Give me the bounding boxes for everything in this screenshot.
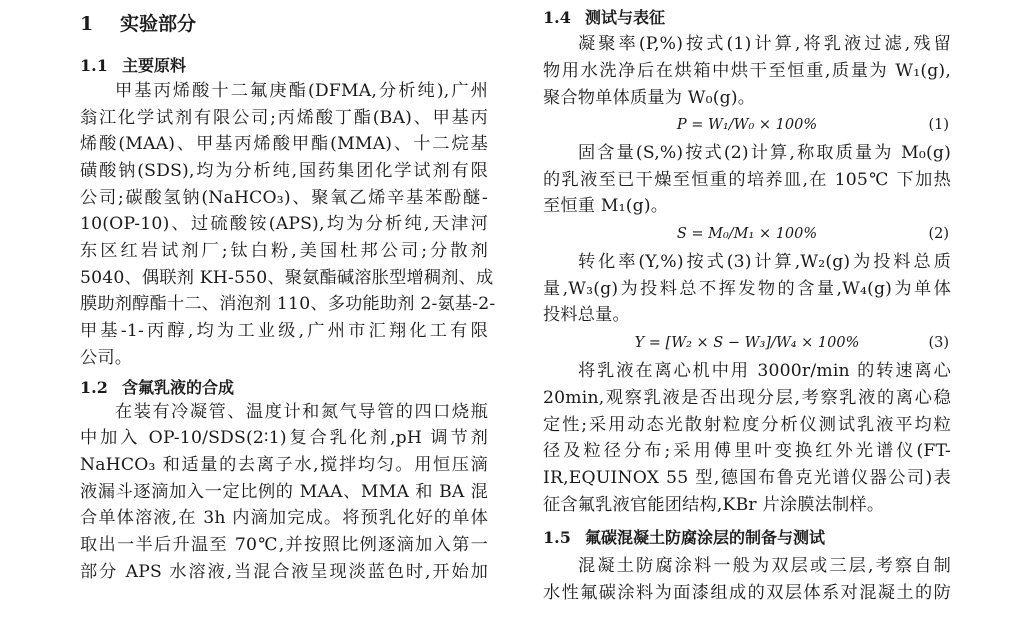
paragraph-line: 甲基丙烯酸十二氟庚酯(DFMA,分析纯),广州 — [80, 78, 488, 104]
paragraph-line: 5040、偶联剂 KH-550、聚氨酯碱溶胀型增稠剂、成 — [80, 265, 488, 291]
paragraph-line: 征含氟乳液官能团结构,KBr 片涂膜法制样。 — [543, 492, 951, 518]
paragraph-line: 的乳液至已干燥至恒重的培养皿,在 105℃ 下加热 — [543, 167, 951, 193]
subsection-heading-1-1: 1.1主要原料 — [80, 53, 186, 76]
paragraph-line: 中加入 OP-10/SDS(2∶1)复合乳化剂,pH 调节剂 — [80, 425, 488, 451]
paragraph-line: 凝聚率(P,%)按式(1)计算,将乳液过滤,残留 — [543, 31, 951, 57]
paragraph-line: 聚合物单体质量为 W₀(g)。 — [543, 85, 951, 111]
paragraph-line: 量,W₃(g)为投料总不挥发物的含量,W₄(g)为单体 — [543, 276, 951, 302]
paragraph-line: 合单体溶液,在 3h 内滴加完成。将预乳化好的单体 — [80, 505, 488, 531]
paragraph-line: 10(OP-10)、过硫酸铵(APS),均为分析纯,天津河 — [80, 211, 488, 237]
subsection-heading-1-5: 1.5氟碳混凝土防腐涂层的制备与测试 — [543, 525, 825, 548]
paragraph-line: 膜助剂醇酯十二、消泡剂 110、多功能助剂 2-氨基-2- — [80, 291, 488, 317]
paragraph-line: 公司;碳酸氢钠(NaHCO₃)、聚氧乙烯辛基苯酚醚- — [80, 185, 488, 211]
paragraph-line: 在装有冷凝管、温度计和氮气导管的四口烧瓶 — [80, 399, 488, 425]
paragraph-line: 翁江化学试剂有限公司;丙烯酸丁酯(BA)、甲基丙 — [80, 105, 488, 131]
paragraph-line: 甲基-1-丙醇,均为工业级,广州市汇翔化工有限 — [80, 318, 488, 344]
paragraph-line: 定性;采用动态光散射粒度分析仪测试乳液平均粒 — [543, 412, 951, 438]
subsection-heading-1-4: 1.4测试与表征 — [543, 5, 665, 28]
paragraph-line: 混凝土防腐涂料一般为双层或三层,考察自制 — [543, 553, 951, 579]
paragraph-line: 液漏斗逐滴加入一定比例的 MAA、MMA 和 BA 混 — [80, 479, 488, 505]
paragraph-line: 水性氟碳涂料为面漆组成的双层体系对混凝土的防 — [543, 580, 951, 606]
subsection-heading-1-2: 1.2含氟乳液的合成 — [80, 375, 234, 398]
paragraph-line: 公司。 — [80, 345, 488, 371]
paragraph-line: 磺酸钠(SDS),均为分析纯,国药集团化学试剂有限 — [80, 158, 488, 184]
paragraph-line: NaHCO₃ 和适量的去离子水,搅拌均匀。用恒压滴 — [80, 452, 488, 478]
paragraph-line: 取出一半后升温至 70℃,并按照比例逐滴加入第一 — [80, 532, 488, 558]
paragraph-line: 20min,观察乳液是否出现分层,考察乳液的离心稳 — [543, 385, 951, 411]
paragraph-line: 东区红岩试剂厂;钛白粉,美国杜邦公司;分散剂 — [80, 238, 488, 264]
equation-1: P = W₁/W₀ × 100% (1) — [543, 114, 951, 136]
paragraph-line: 部分 APS 水溶液,当混合液呈现淡蓝色时,开始加 — [80, 559, 488, 585]
paragraph-line: 将乳液在离心机中用 3000r/min 的转速离心 — [543, 358, 951, 384]
paragraph-line: 投料总量。 — [543, 302, 951, 328]
paragraph-line: IR,EQUINOX 55 型,德国布鲁克光谱仪器公司)表 — [543, 465, 951, 491]
paragraph-line: 烯酸(MAA)、甲基丙烯酸甲酯(MMA)、十二烷基 — [80, 131, 488, 157]
paragraph-line: 径及粒径分布;采用傅里叶变换红外光谱仪(FT- — [543, 438, 951, 464]
paragraph-line: 固含量(S,%)按式(2)计算,称取质量为 M₀(g) — [543, 140, 951, 166]
section-heading-1: 1实验部分 — [80, 9, 196, 36]
paragraph-line: 转化率(Y,%)按式(3)计算,W₂(g)为投料总质 — [543, 249, 951, 275]
paragraph-line: 至恒重 M₁(g)。 — [543, 193, 951, 219]
equation-2: S = M₀/M₁ × 100% (2) — [543, 223, 951, 245]
paragraph-line: 物用水洗净后在烘箱中烘干至恒重,质量为 W₁(g), — [543, 58, 951, 84]
equation-3: Y = [W₂ × S − W₃]/W₄ × 100% (3) — [543, 332, 951, 354]
